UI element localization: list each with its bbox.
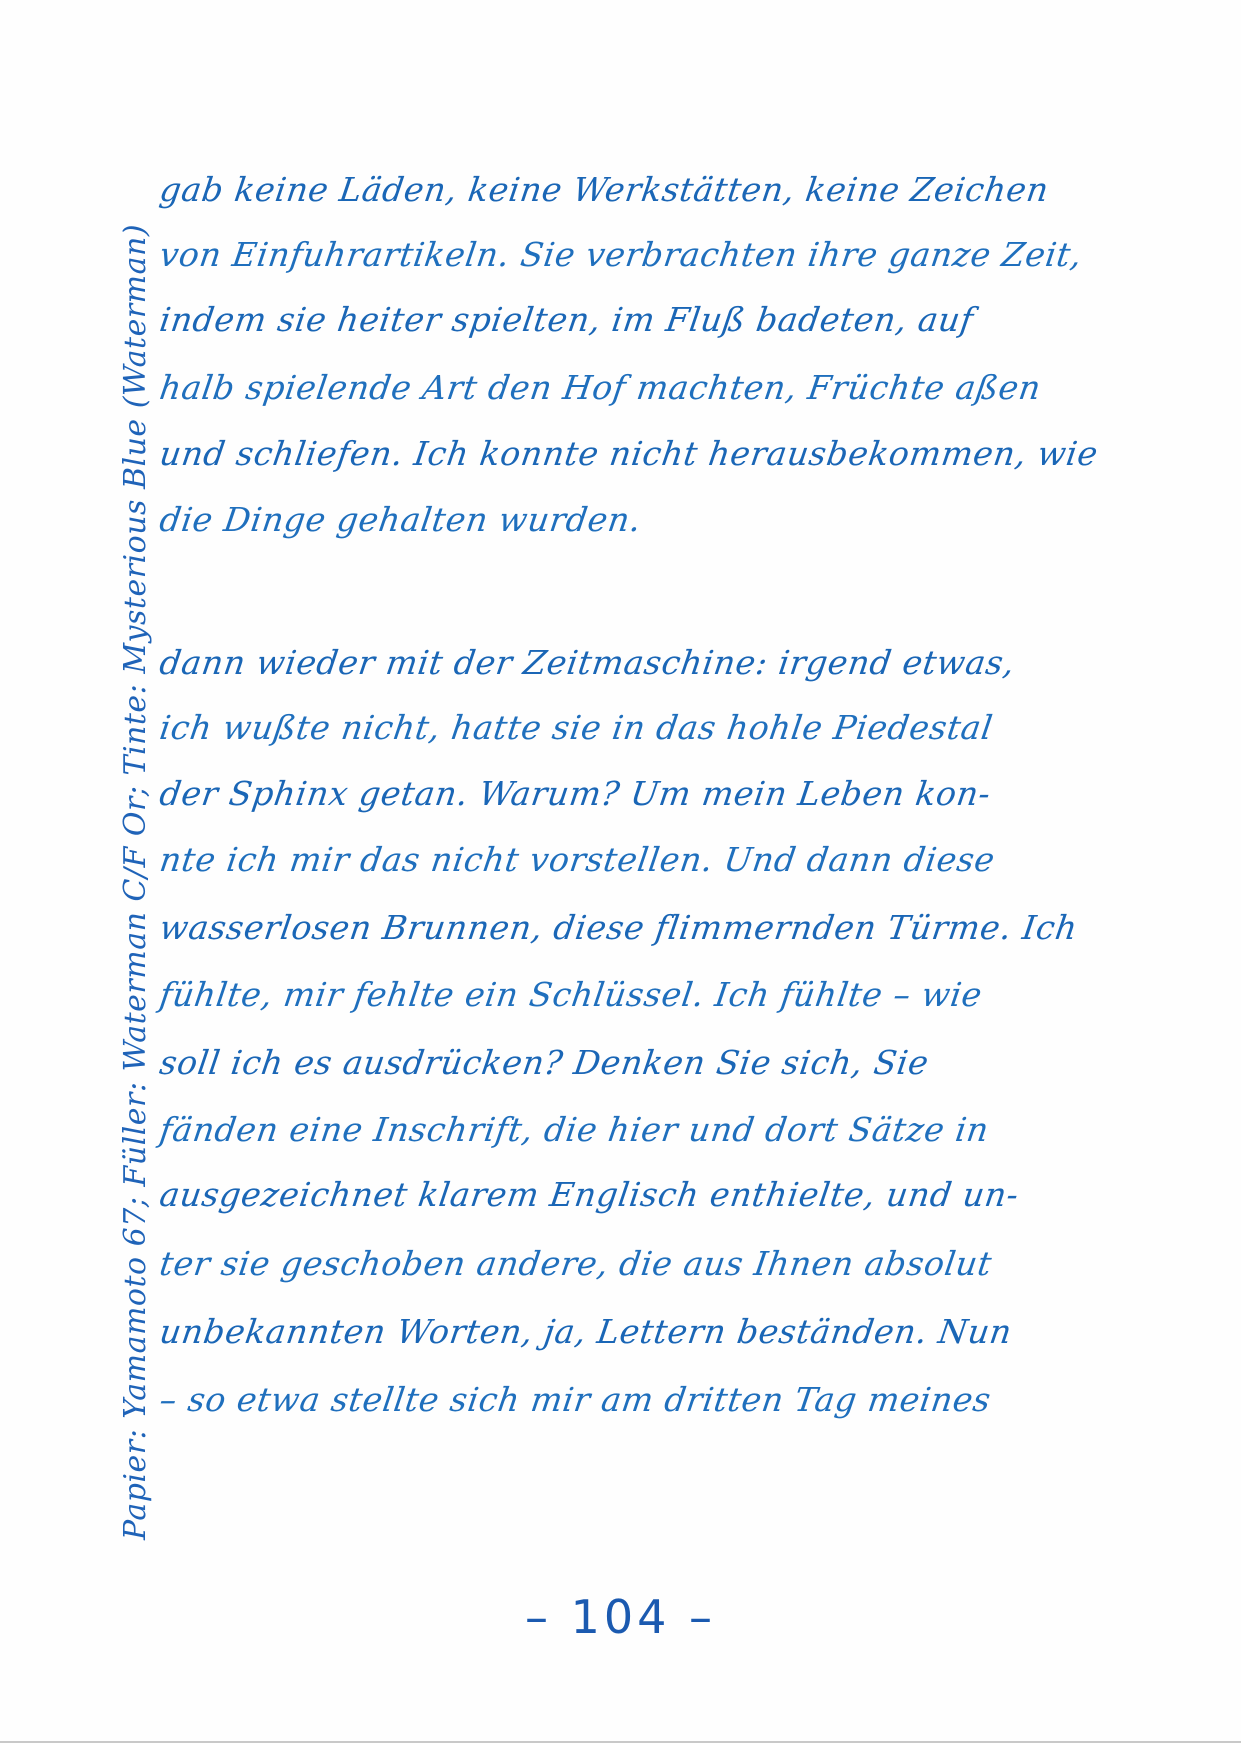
- text-line: nte ich mir das nicht vorstellen. Und da…: [157, 840, 1082, 879]
- text-line: fänden eine Inschrift, die hier und dort…: [157, 1110, 1082, 1149]
- text-line: von Einfuhrartikeln. Sie verbrachten ihr…: [157, 235, 1082, 274]
- text-line: ter sie geschoben andere, die aus Ihnen …: [157, 1244, 1082, 1283]
- text-line: ausgezeichnet klarem Englisch enthielte,…: [157, 1175, 1082, 1214]
- text-line: dann wieder mit der Zeitmaschine: irgend…: [157, 643, 1082, 682]
- text-line: gab keine Läden, keine Werkstätten, kein…: [157, 170, 1082, 209]
- text-line: halb spielende Art den Hof machten, Früc…: [157, 368, 1082, 407]
- text-line: und schliefen. Ich konnte nicht herausbe…: [157, 434, 1082, 473]
- text-line: soll ich es ausdrücken? Denken Sie sich,…: [157, 1043, 1082, 1082]
- page-number: – 104 –: [0, 1590, 1241, 1644]
- scan-margin: [0, 1743, 1241, 1753]
- text-line: der Sphinx getan. Warum? Um mein Leben k…: [157, 774, 1082, 813]
- text-line: die Dinge gehalten wurden.: [157, 500, 1082, 539]
- margin-note-writing-materials: Papier: Yamamoto 67; Füller: Waterman C/…: [118, 240, 153, 1540]
- manuscript-page: Papier: Yamamoto 67; Füller: Waterman C/…: [0, 0, 1241, 1743]
- text-line: wasserlosen Brunnen, diese flimmernden T…: [157, 908, 1082, 947]
- text-line: unbekannten Worten, ja, Lettern bestände…: [157, 1312, 1082, 1351]
- text-line: indem sie heiter spielten, im Fluß badet…: [157, 300, 1082, 339]
- text-line: – so etwa stellte sich mir am dritten Ta…: [157, 1380, 1082, 1419]
- text-line: fühlte, mir fehlte ein Schlüssel. Ich fü…: [157, 975, 1082, 1014]
- text-line: ich wußte nicht, hatte sie in das hohle …: [157, 708, 1082, 747]
